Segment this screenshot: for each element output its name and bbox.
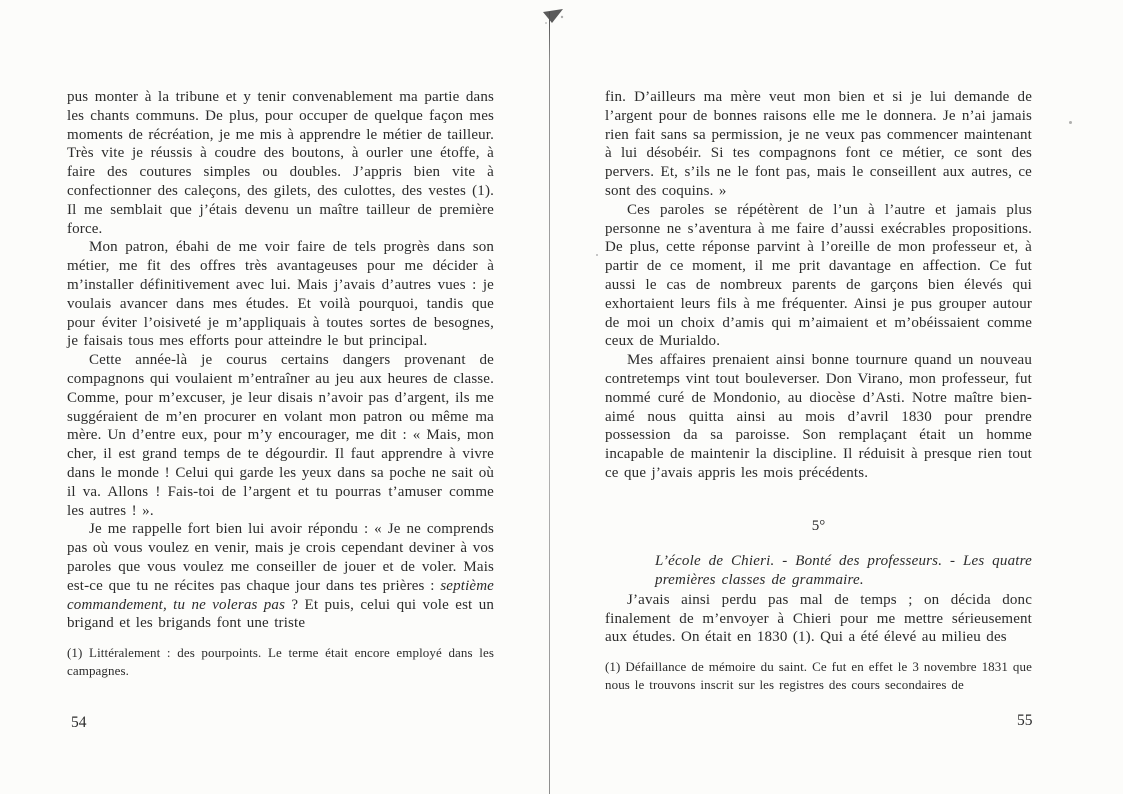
paragraph: Je me rappelle fort bien lui avoir répon… (67, 520, 494, 633)
section-number: 5° (605, 517, 1032, 536)
paragraph-text: Je me rappelle fort bien lui avoir répon… (67, 521, 494, 593)
section-heading: L’école de Chieri. - Bonté des professeu… (655, 552, 1032, 591)
paragraph: fin. D’ailleurs ma mère veut mon bien et… (605, 88, 1032, 201)
paragraph: J’avais ainsi perdu pas mal de temps ; o… (605, 591, 1032, 647)
page-left-text-block: pus monter à la tribune et y tenir conve… (67, 88, 494, 679)
footnote: (1) Défaillance de mémoire du saint. Ce … (605, 658, 1032, 693)
book-scan-spread: pus monter à la tribune et y tenir conve… (0, 0, 1123, 794)
page-fold-line (549, 12, 550, 794)
fold-smudge-icon (540, 7, 568, 33)
paragraph: Cette année-là je courus certains danger… (67, 351, 494, 520)
page-number-left: 54 (71, 714, 87, 732)
page-right-text-block: fin. D’ailleurs ma mère veut mon bien et… (605, 88, 1032, 693)
scan-speck (596, 254, 598, 256)
paragraph: Mon patron, ébahi de me voir faire de te… (67, 238, 494, 351)
paragraph: pus monter à la tribune et y tenir conve… (67, 88, 494, 238)
paragraph: Ces paroles se répétèrent de l’un à l’au… (605, 201, 1032, 351)
scan-speck (1069, 121, 1072, 124)
paragraph: Mes affaires prenaient ainsi bonne tourn… (605, 351, 1032, 483)
footnote: (1) Littéralement : des pourpoints. Le t… (67, 644, 494, 679)
page-number-right: 55 (1017, 712, 1033, 730)
